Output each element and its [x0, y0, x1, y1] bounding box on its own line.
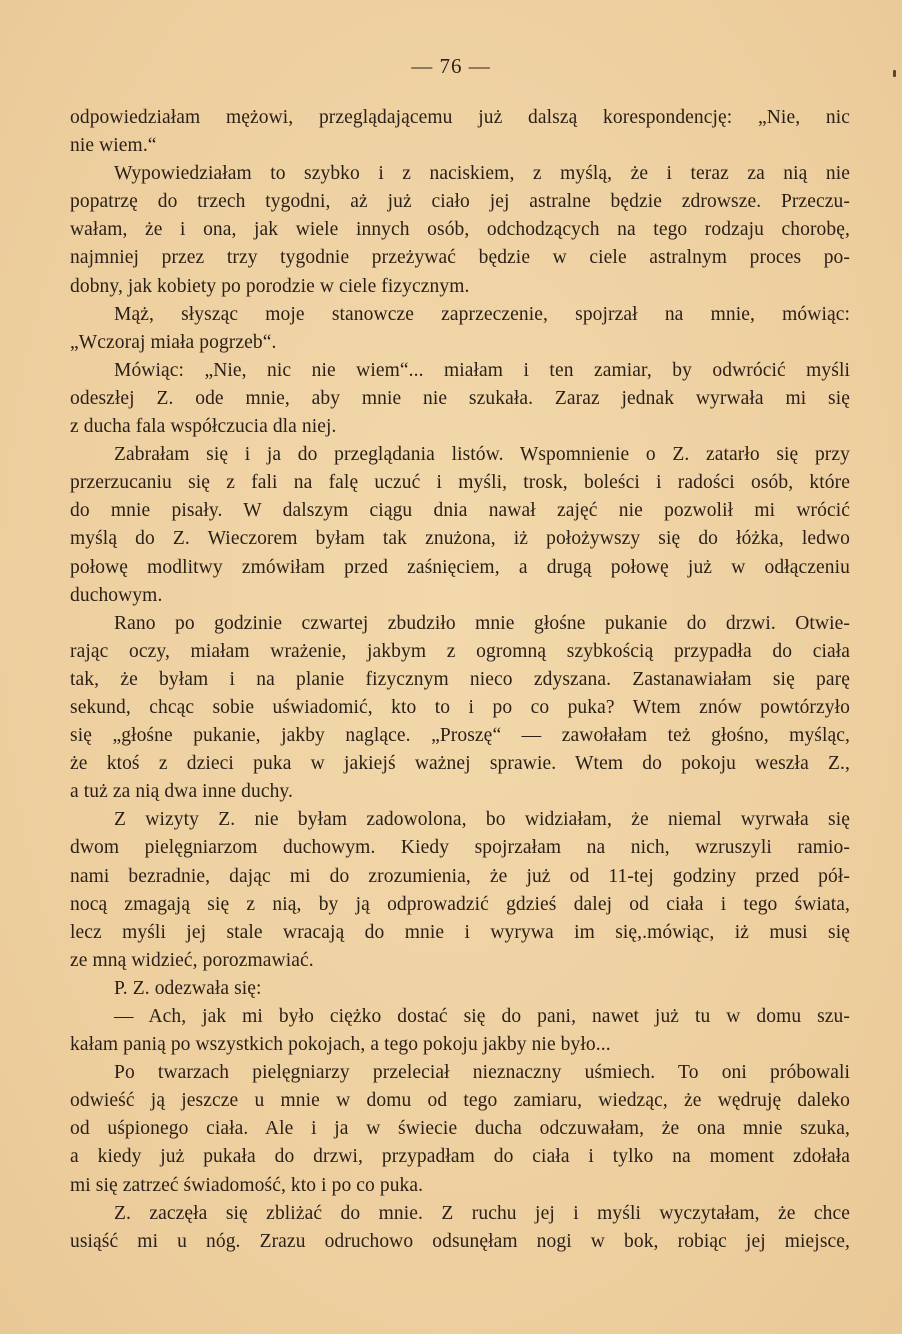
text-line: Mąż, słysząc moje stanowcze zaprzeczenie… — [70, 301, 850, 329]
text-line: nami bezradnie, dając mi do zrozumienia,… — [70, 863, 850, 891]
text-line: nie wiem.“ — [70, 132, 850, 160]
text-line: Po twarzach pielęgniarzy przeleciał niez… — [70, 1059, 850, 1087]
text-line: usiąść mi u nóg. Zrazu odruchowo odsunęł… — [70, 1228, 850, 1256]
text-line: przerzucaniu się z fali na falę uczuć i … — [70, 469, 850, 497]
text-line: od uśpionego ciała. Ale i ja w świecie d… — [70, 1115, 850, 1143]
text-line: mi się zatrzeć świadomość, kto i po co p… — [70, 1172, 850, 1200]
text-line: ze mną widzieć, porozmawiać. — [70, 947, 850, 975]
book-page: — 76 — odpowiedziałam mężowi, przeglądaj… — [0, 0, 902, 1334]
text-line: Mówiąc: „Nie, nic nie wiem“... miałam i … — [70, 357, 850, 385]
text-line: — Ach, jak mi było ciężko dostać się do … — [70, 1003, 850, 1031]
text-line: z ducha fala współczucia dla niej. — [70, 413, 850, 441]
text-line: rając oczy, miałam wrażenie, jakbym z og… — [70, 638, 850, 666]
text-line: „Wczoraj miała pogrzeb“. — [70, 329, 850, 357]
text-line: Zabrałam się i ja do przeglądania listów… — [70, 441, 850, 469]
text-line: się „głośne pukanie, jakby naglące. „Pro… — [70, 722, 850, 750]
text-line: do mnie pisały. W dalszym ciągu dnia naw… — [70, 497, 850, 525]
text-line: że ktoś z dzieci puka w jakiejś ważnej s… — [70, 750, 850, 778]
text-line: lecz myśli jej stale wracają do mnie i w… — [70, 919, 850, 947]
text-line: popatrzę do trzech tygodni, aż już ciało… — [70, 188, 850, 216]
text-line: a kiedy już pukała do drzwi, przypadłam … — [70, 1143, 850, 1171]
text-line: odwieść ją jeszcze u mnie w domu od tego… — [70, 1087, 850, 1115]
text-line: Z. zaczęła się zbliżać do mnie. Z ruchu … — [70, 1200, 850, 1228]
text-line: kałam panią po wszystkich pokojach, a te… — [70, 1031, 850, 1059]
page-body-text: odpowiedziałam mężowi, przeglądającemu j… — [70, 104, 850, 1256]
page-number: — 76 — — [0, 54, 902, 79]
text-line: Rano po godzinie czwartej zbudziło mnie … — [70, 610, 850, 638]
text-line: odpowiedziałam mężowi, przeglądającemu j… — [70, 104, 850, 132]
text-line: wałam, że i ona, jak wiele innych osób, … — [70, 216, 850, 244]
text-line: odeszłej Z. ode mnie, aby mnie nie szuka… — [70, 385, 850, 413]
text-line: sekund, chcąc sobie uświadomić, kto to i… — [70, 694, 850, 722]
text-line: P. Z. odezwała się: — [70, 975, 850, 1003]
text-line: duchowym. — [70, 582, 850, 610]
text-line: najmniej przez trzy tygodnie przeżywać b… — [70, 244, 850, 272]
text-line: Wypowiedziałam to szybko i z naciskiem, … — [70, 160, 850, 188]
text-line: a tuż za nią dwa inne duchy. — [70, 778, 850, 806]
text-line: myślą do Z. Wieczorem byłam tak znużona,… — [70, 525, 850, 553]
text-line: Z wizyty Z. nie byłam zadowolona, bo wid… — [70, 806, 850, 834]
text-line: dwom pielęgniarzom duchowym. Kiedy spojr… — [70, 834, 850, 862]
scan-speck — [893, 70, 896, 77]
text-line: nocą zmagają się z nią, by ją odprowadzi… — [70, 891, 850, 919]
text-line: dobny, jak kobiety po porodzie w ciele f… — [70, 273, 850, 301]
text-line: tak, że byłam i na planie fizycznym niec… — [70, 666, 850, 694]
text-line: połowę modlitwy zmówiłam przed zaśnięcie… — [70, 554, 850, 582]
